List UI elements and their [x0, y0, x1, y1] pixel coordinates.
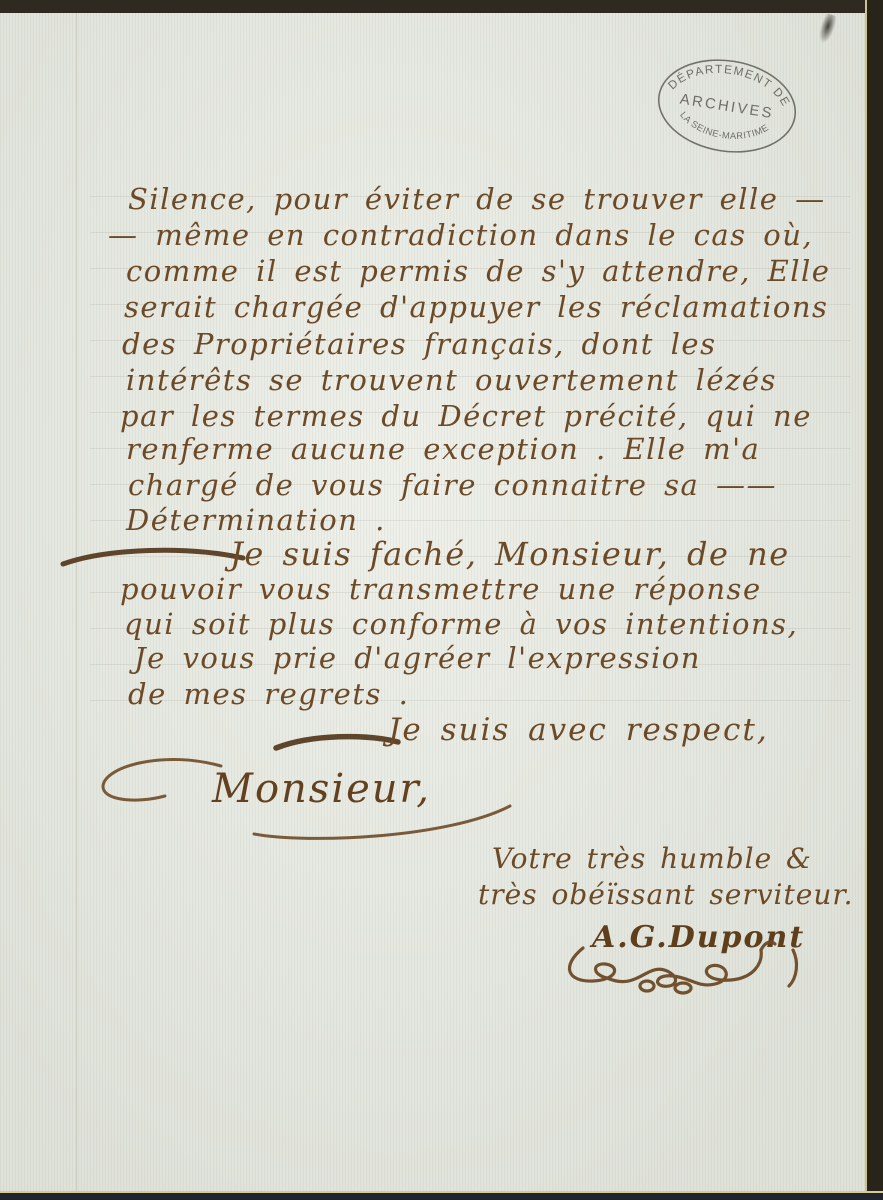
letter-line: Je vous prie d'agréer l'expression — [134, 641, 701, 675]
signature-paraph-flourish — [555, 936, 805, 996]
scan-border-top — [0, 0, 883, 13]
scan-border-right — [865, 0, 883, 1200]
scanned-letter-page: DÉPARTEMENT DE ARCHIVES LA SEINE-MARITIM… — [0, 0, 883, 1200]
scan-border-bottom — [0, 1191, 883, 1200]
letter-line: Détermination . — [126, 503, 386, 537]
valediction-line: très obéïssant serviteur. — [478, 878, 854, 911]
pen-flourish — [58, 544, 248, 570]
letter-line: serait chargée d'appuyer les réclamation… — [124, 290, 828, 324]
letter-line: par les termes du Décret précité, qui ne — [120, 399, 812, 433]
valediction-line: Votre très humble & — [492, 842, 812, 875]
letter-line: intérêts se trouvent ouvertement lézés — [126, 363, 777, 397]
closing-respect-line: Je suis avec respect, — [388, 712, 769, 748]
closing-monsieur-line: Monsieur, — [212, 766, 431, 812]
letter-line: pouvoir vous transmettre une réponse — [120, 572, 762, 606]
letter-line: des Propriétaires français, dont les — [122, 327, 716, 361]
letter-line: de mes regrets . — [128, 677, 409, 711]
margin-crease-line — [76, 13, 77, 1191]
pen-flourish — [95, 756, 225, 812]
letter-line: Je suis faché, Monsieur, de ne — [230, 535, 790, 573]
letter-line: Silence, pour éviter de se trouver elle … — [128, 182, 826, 216]
pen-flourish — [272, 730, 402, 754]
letter-line: renferme aucune exception . Elle m'a — [126, 432, 760, 466]
letter-line: chargé de vous faire connaitre sa —— — [128, 468, 777, 502]
letter-line: comme il est permis de s'y attendre, Ell… — [126, 254, 830, 288]
letter-line: — même en contradiction dans le cas où, — [108, 218, 813, 252]
letter-line: qui soit plus conforme à vos intentions, — [124, 607, 798, 641]
